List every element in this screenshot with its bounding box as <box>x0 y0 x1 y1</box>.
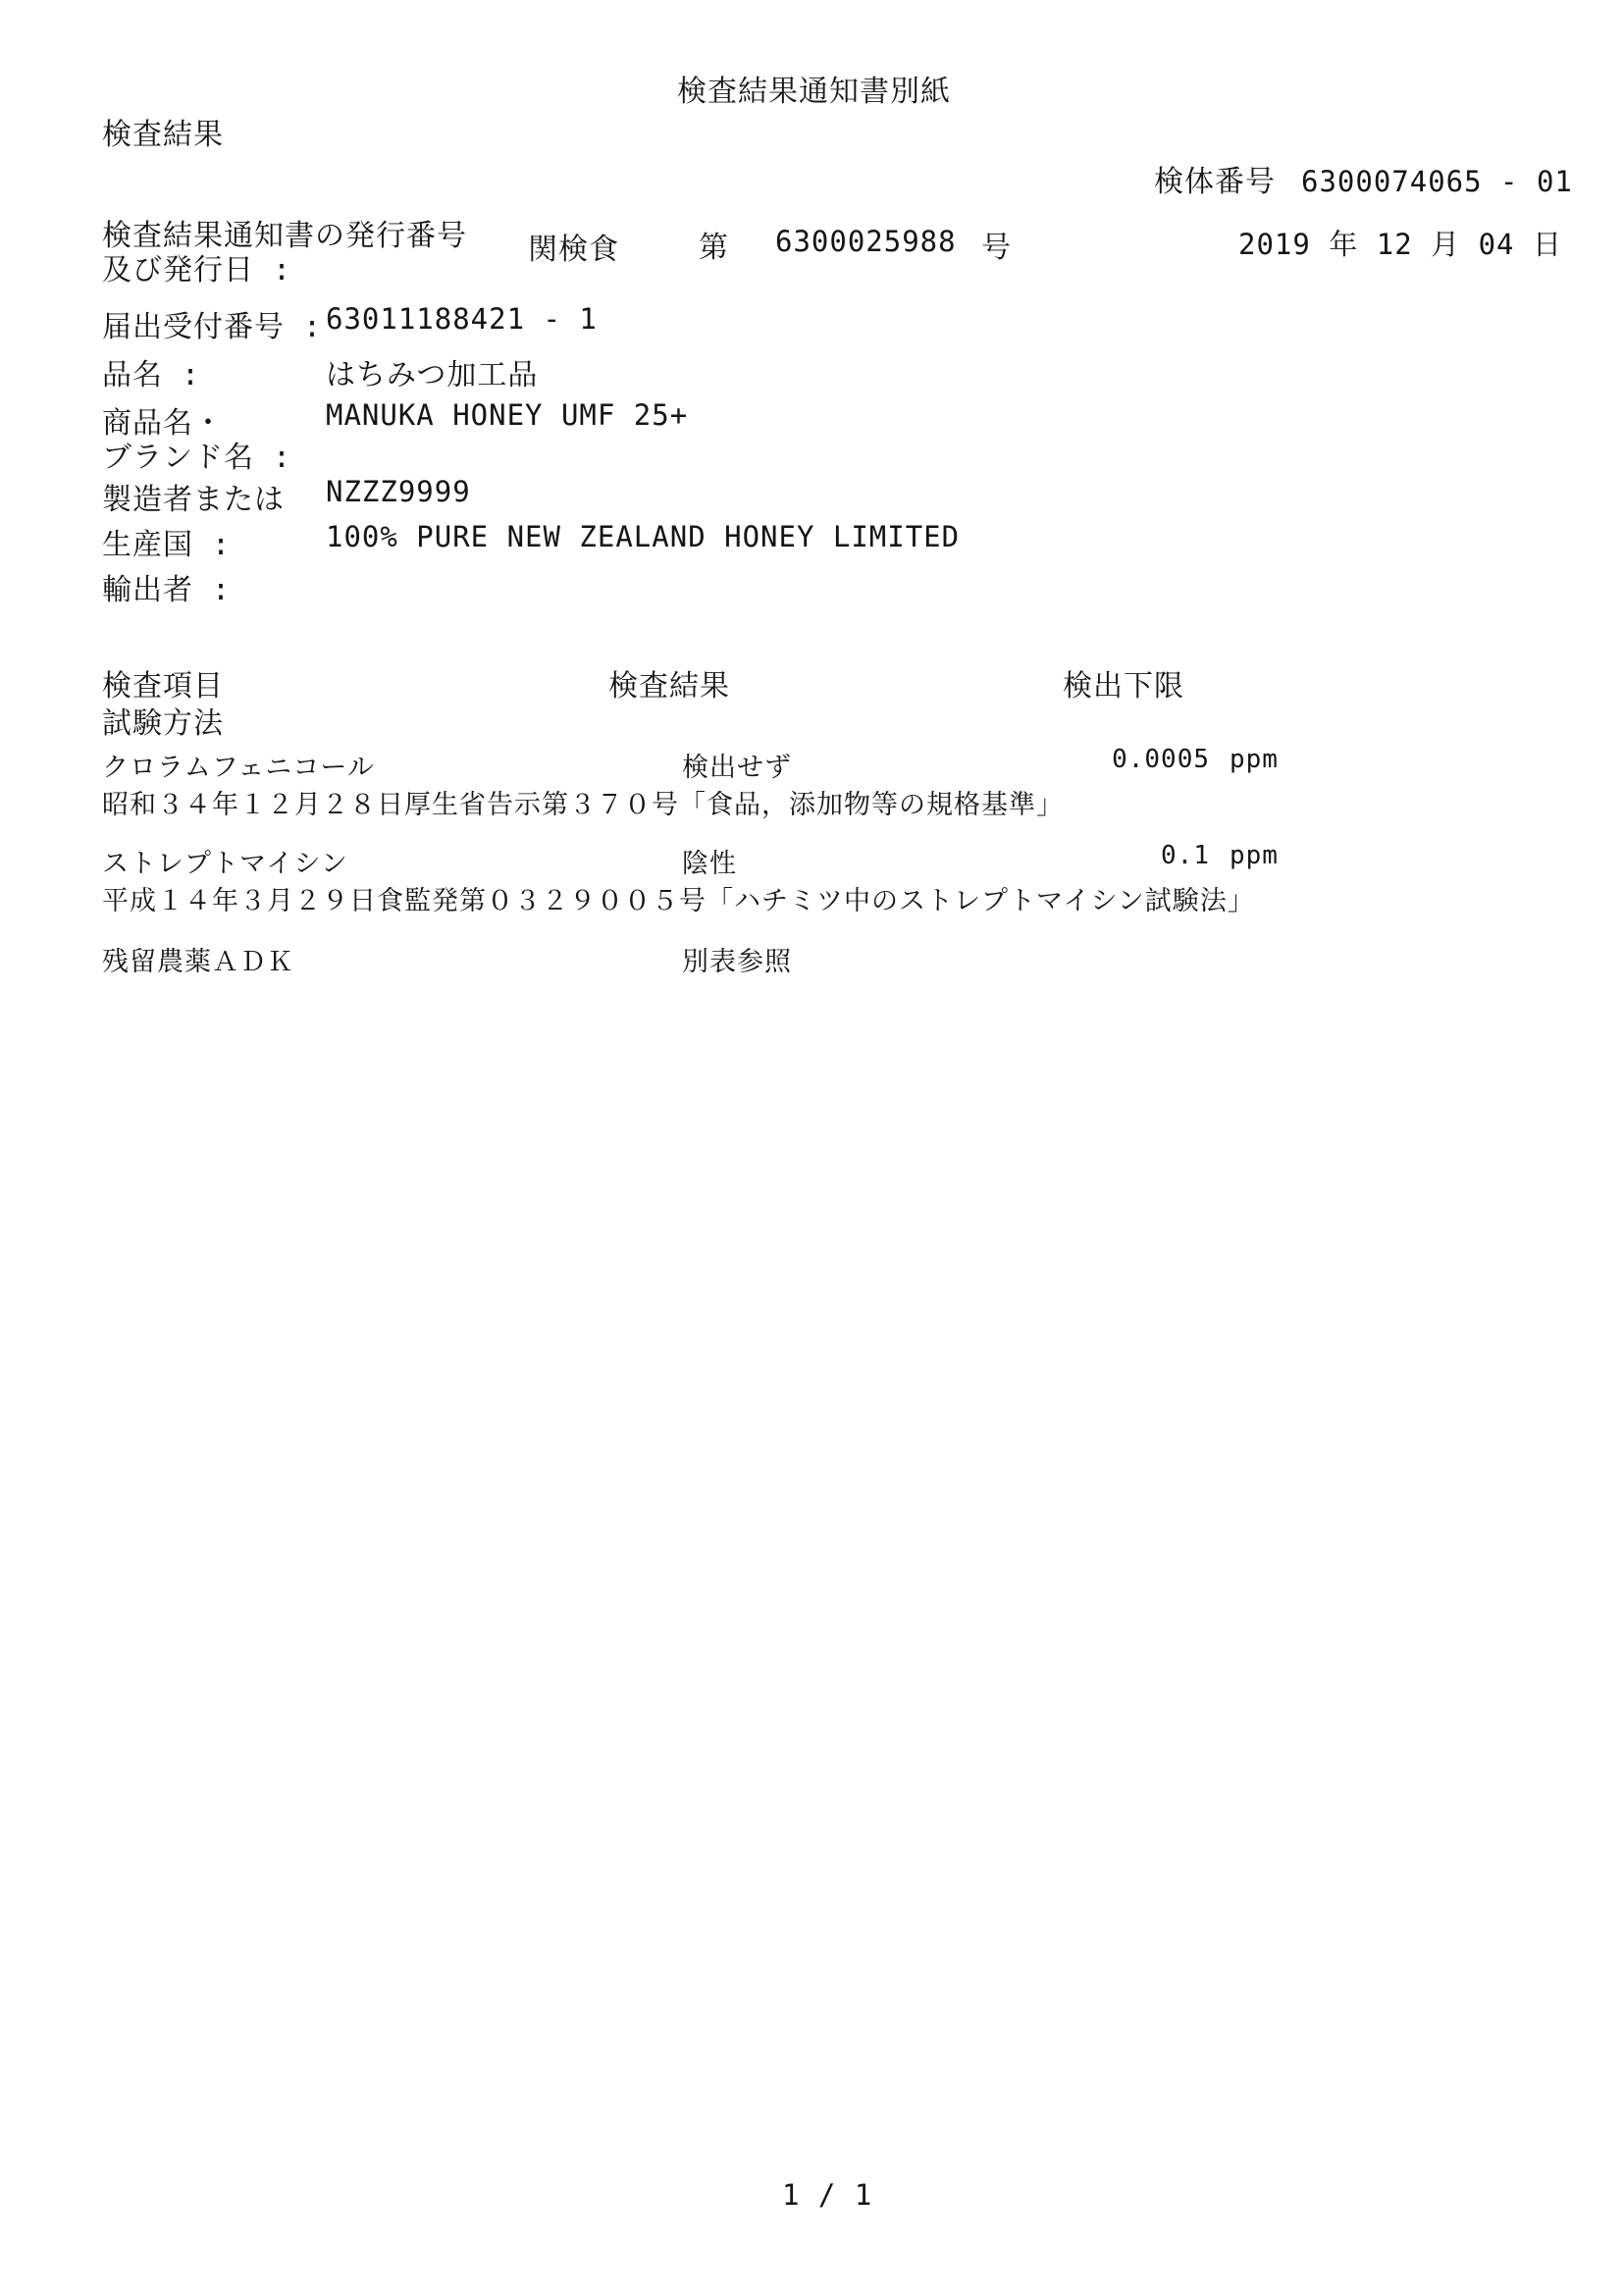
manufacturer-code: NZZZ9999 <box>326 475 471 508</box>
limit-value: 0.1 <box>1040 841 1210 870</box>
result-row-method: 平成１４年３月２９日食監発第０３２９００５号「ハチミツ中のストレプトマイシン試験… <box>102 879 1255 917</box>
product-name-label: 品名 : <box>102 350 200 393</box>
manufacturer-name: 100% PURE NEW ZEALAND HONEY LIMITED <box>326 520 960 553</box>
header-inspection-result: 検査結果 <box>608 661 730 704</box>
issuance-number-suffix: 号 <box>981 223 1012 266</box>
issuance-date: 2019 年 12 月 04 日 <box>1238 223 1562 263</box>
section-label-inspection-result: 検査結果 <box>102 110 224 153</box>
result-row-limit: 0.0005 ppm <box>1040 745 1281 774</box>
issuance-office: 関検食 <box>528 225 619 268</box>
specimen-number-line: 検体番号 6300074065 - 01 <box>1154 157 1573 200</box>
header-detection-limit: 検出下限 <box>1063 661 1184 704</box>
limit-unit: ppm <box>1230 841 1281 870</box>
brand-label-line2: ブランド名 : <box>102 433 291 476</box>
product-name-value: はちみつ加工品 <box>326 350 538 393</box>
issuance-label-line2: 及び発行日 : <box>102 245 291 288</box>
result-row-item: クロラムフェニコール <box>102 746 375 784</box>
result-row-method: 昭和３４年１２月２８日厚生省告示第３７０号「食品，添加物等の規格基準」 <box>102 783 1064 821</box>
header-test-method: 試験方法 <box>102 699 224 742</box>
result-row-item: 残留農薬ＡＤＫ <box>102 940 294 978</box>
inspection-result-sheet: 検査結果通知書別紙 検査結果 検体番号 6300074065 - 01 検査結果… <box>0 0 1623 2296</box>
limit-value: 0.0005 <box>1040 745 1210 774</box>
notification-number-value: 63011188421 - 1 <box>326 302 598 336</box>
result-row-result: 別表参照 <box>682 940 792 978</box>
result-row-result: 陰性 <box>682 842 737 880</box>
limit-unit: ppm <box>1230 745 1281 774</box>
result-row-limit: 0.1 ppm <box>1040 841 1281 870</box>
result-row-item: ストレプトマイシン <box>102 842 348 880</box>
notification-number-label: 届出受付番号 : <box>102 302 322 345</box>
exporter-label: 輸出者 : <box>102 565 231 608</box>
issuance-number: 6300025988 <box>775 225 957 258</box>
manufacturer-label-line1: 製造者または <box>102 475 285 518</box>
manufacturer-label-line2: 生産国 : <box>102 520 231 563</box>
issuance-number-prefix: 第 <box>699 223 729 266</box>
specimen-number-label: 検体番号 <box>1154 157 1276 200</box>
result-row-result: 検出せず <box>682 746 792 784</box>
brand-value: MANUKA HONEY UMF 25+ <box>326 398 688 432</box>
document-title: 検査結果通知書別紙 <box>677 67 951 110</box>
specimen-number-value: 6300074065 - 01 <box>1301 165 1573 198</box>
page-number: 1 / 1 <box>782 2178 872 2212</box>
